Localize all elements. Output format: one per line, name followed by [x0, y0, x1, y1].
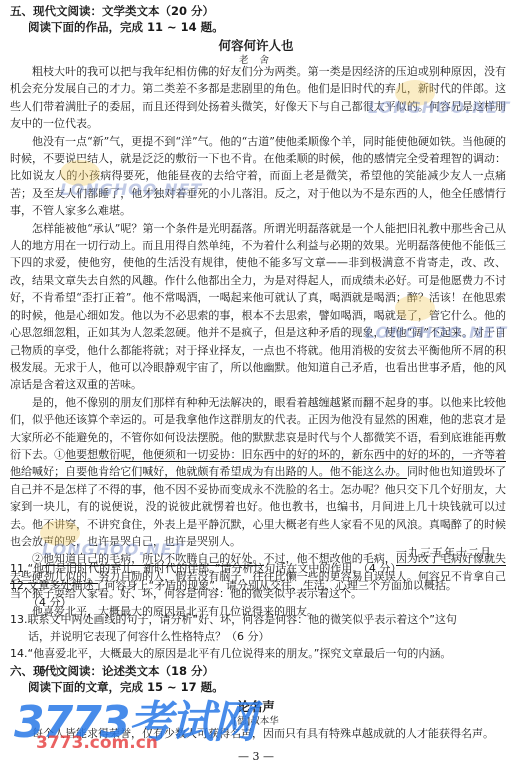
question-12: 12.文章多处描述了何容身上“矛盾的现象”，请分别从交往、生活、心理三个方面加以…: [10, 577, 506, 611]
paragraph-1: 粗枝大叶的我可以把与我年纪相仿佛的好友们分为两类。第一类是因经济的压迫或别种原因…: [10, 63, 506, 133]
paragraph-2: 他没有一点“新”气，更提不到“洋”气。他的“古道”使他柔顺像个羊，同时能使他硬如…: [10, 133, 506, 220]
question-13: 13.联系文中两处画线的句子，请分析“好、坏，何容是何容：他的微笑似乎表示着这个…: [10, 611, 506, 645]
article2-paragraph-1: 每个人皆能求得荣誉，仅有少数人可获得名声，因而只有具有特殊卓越成就的人才能获得名…: [10, 725, 506, 742]
question-11: 11.“他们是旧时代的弃儿，新时代的伴郎。”请分析这句话在文中的作用。（4 分）: [10, 560, 506, 577]
section6-instruction: 阅读下面的文章，完成 15 ~ 17 题。: [28, 680, 224, 694]
paragraph-4: 是的，他不像别的朋友们那样有种种无法解决的，眼看着越缠越紧而翻不起身的事。以他来…: [10, 394, 506, 551]
section5-instruction: 阅读下面的作品，完成 11 ~ 14 题。: [28, 20, 224, 34]
section6-heading: 六、现代文阅读：论述类文本（18 分）: [10, 664, 214, 678]
article2-body: 每个人皆能求得荣誉，仅有少数人可获得名声，因而只有具有特殊卓越成就的人才能获得名…: [10, 725, 506, 742]
paragraph-3: 怎样能被他“承认”呢？第一个条件是光明磊落。所谓光明磊落就是一个人能把旧礼教中那…: [10, 220, 506, 394]
page-number: — 3 —: [0, 750, 512, 763]
article-date: 一九三五年十二月: [396, 544, 492, 560]
exam-page: 五、现代文阅读：文学类文本（20 分） 阅读下面的作品，完成 11 ~ 14 题…: [0, 0, 512, 771]
section5-heading: 五、现代文阅读：文学类文本（20 分）: [10, 4, 214, 18]
article-body: 粗枝大叶的我可以把与我年纪相仿佛的好友们分为两类。第一类是因经济的压迫或别种原因…: [10, 63, 506, 620]
